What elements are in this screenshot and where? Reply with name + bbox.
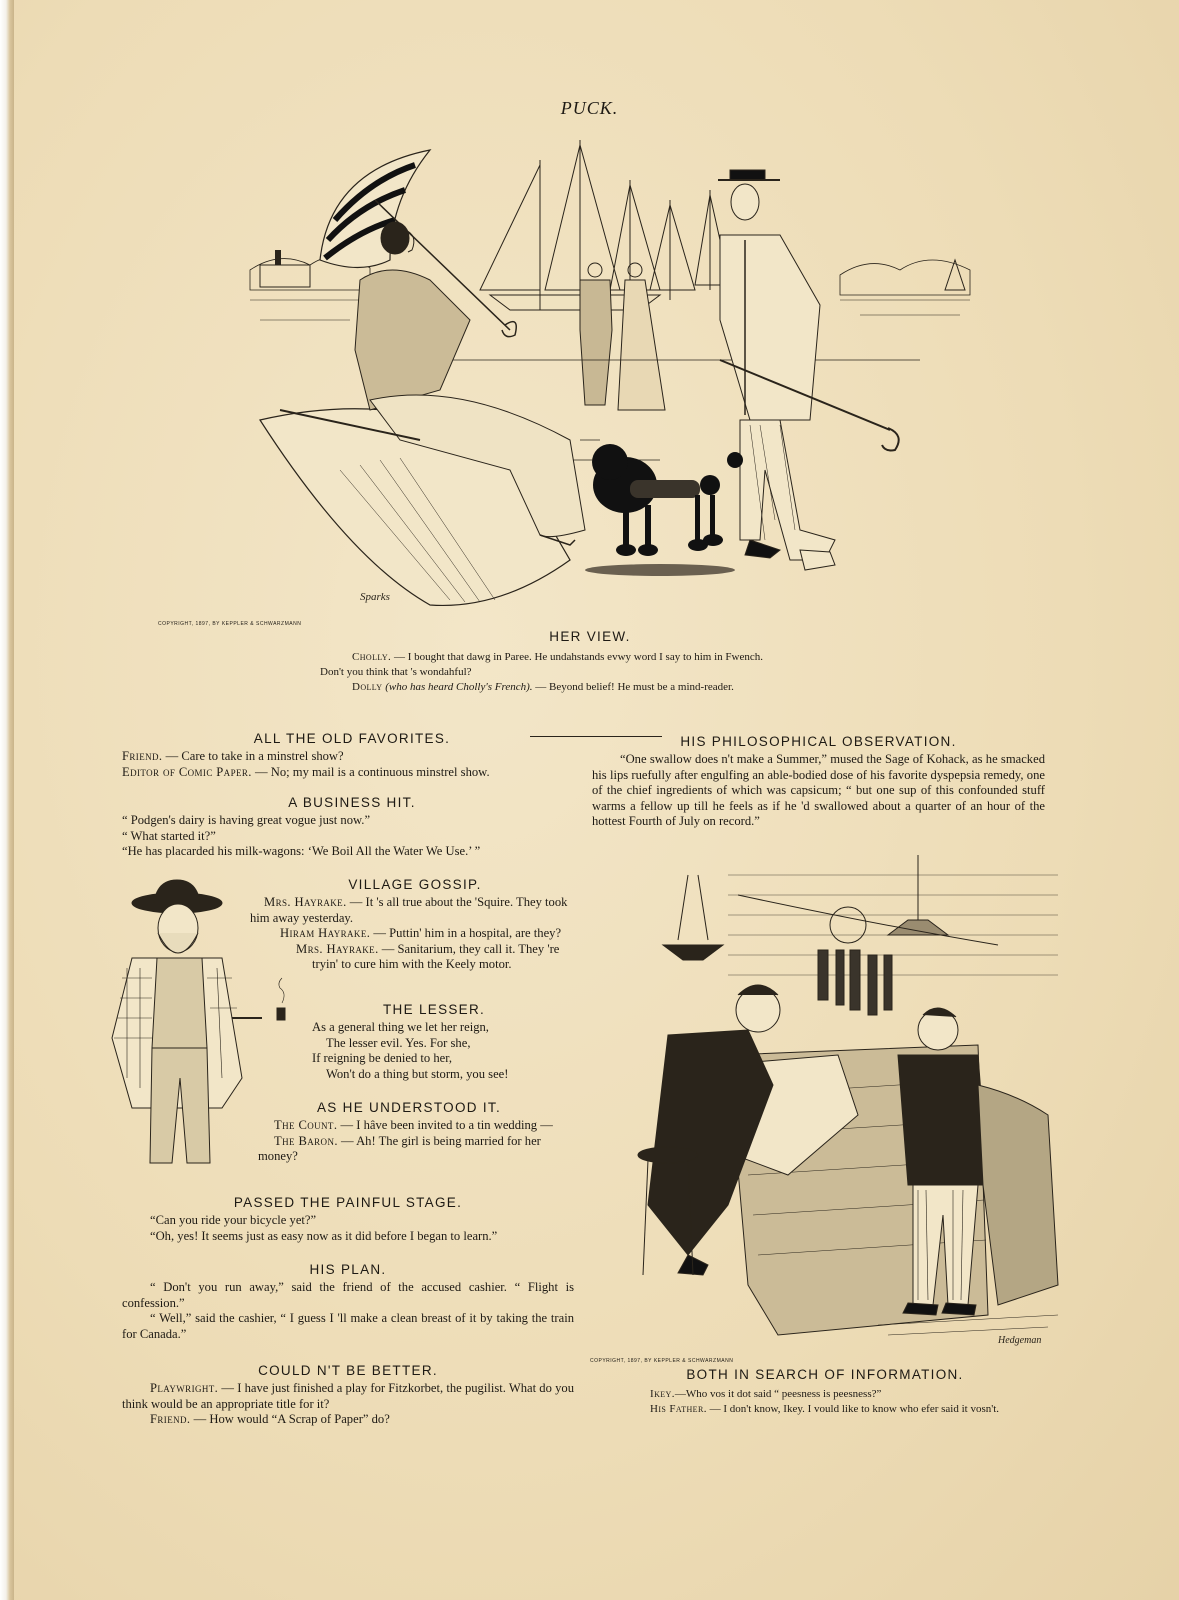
dialogue-line: Friend. — How would “A Scrap of Paper” d…: [122, 1412, 574, 1428]
as-he-understood-it: AS HE UNDERSTOOD IT. The Count. — I hâve…: [258, 1100, 560, 1165]
couldnt-be-better-title: COULD N'T BE BETTER.: [122, 1363, 574, 1378]
dialogue-line: The Baron. — Ah! The girl is being marri…: [258, 1134, 560, 1165]
shop-illustration: Hedgeman: [578, 855, 1073, 1355]
both-in-search-of-information: BOTH IN SEARCH OF INFORMATION. Ikey.—Who…: [625, 1367, 1025, 1417]
dialogue-line: Editor of Comic Paper. — No; my mail is …: [122, 765, 582, 781]
dialogue-line: “He has placarded his milk-wagons: ‘We B…: [122, 844, 582, 860]
caption-line-1: Cholly. — I bought that dawg in Paree. H…: [320, 650, 860, 665]
his-plan-title: HIS PLAN.: [122, 1262, 574, 1277]
all-the-old-favorites: ALL THE OLD FAVORITES. Friend. — Care to…: [122, 731, 582, 780]
dialogue-line: The Count. — I hâve been invited to a ti…: [258, 1118, 560, 1134]
passed-the-painful-stage: PASSED THE PAINFUL STAGE. “Can you ride …: [122, 1195, 574, 1244]
painful-stage-title: PASSED THE PAINFUL STAGE.: [122, 1195, 574, 1210]
dialogue-line: Mrs. Hayrake. — It 's all true about the…: [250, 895, 580, 926]
svg-text:Sparks: Sparks: [360, 591, 390, 603]
dialogue-line: “ Well,” said the cashier, “ I guess I '…: [122, 1311, 574, 1342]
dialogue-line: Ikey.—Who vos it dot said “ peesness is …: [625, 1387, 1025, 1402]
her-view-caption: HER VIEW. Cholly. — I bought that dawg i…: [320, 629, 860, 695]
the-lesser: THE LESSER. As a general thing we let he…: [300, 1002, 580, 1082]
dialogue-line: “ Podgen's dairy is having great vogue j…: [122, 813, 582, 829]
her-view-title: HER VIEW.: [320, 629, 860, 644]
masthead-title: PUCK.: [0, 98, 1179, 119]
a-business-hit: A BUSINESS HIT. “ Podgen's dairy is havi…: [122, 795, 582, 860]
business-hit-title: A BUSINESS HIT.: [122, 795, 582, 810]
svg-text:Hedgeman: Hedgeman: [997, 1335, 1041, 1346]
top-cartoon-copyright: Copyright, 1897, by Keppler & Schwarzman…: [158, 621, 301, 627]
dialogue-line: His Father. — I don't know, Ikey. I voul…: [625, 1402, 1025, 1417]
dialogue-line: “Can you ride your bicycle yet?”: [122, 1213, 574, 1229]
dialogue-line: Mrs. Hayrake. — Sanitarium, they call it…: [250, 942, 580, 973]
his-plan: HIS PLAN. “ Don't you run away,” said th…: [122, 1262, 574, 1342]
verse-line: If reigning be denied to her,: [300, 1051, 580, 1067]
old-favorites-title: ALL THE OLD FAVORITES.: [122, 731, 582, 746]
her-view-illustration: Sparks: [240, 140, 980, 620]
his-philosophical-observation: HIS PHILOSOPHICAL OBSERVATION. “One swal…: [592, 734, 1045, 830]
shop-cartoon-copyright: Copyright, 1897, by Keppler & Schwarzman…: [590, 1358, 733, 1364]
dialogue-line: Hiram Hayrake. — Puttin' him in a hospit…: [266, 926, 580, 942]
verse-line: Won't do a thing but storm, you see!: [300, 1067, 580, 1083]
verse-line: The lesser evil. Yes. For she,: [300, 1036, 580, 1052]
dialogue-line: Friend. — Care to take in a minstrel sho…: [122, 749, 582, 765]
caption-line-3: Dolly (who has heard Cholly's French). —…: [320, 680, 860, 695]
dialogue-line: Playwright. — I have just finished a pla…: [122, 1381, 574, 1412]
dialogue-line: “Oh, yes! It seems just as easy now as i…: [122, 1229, 574, 1245]
search-info-title: BOTH IN SEARCH OF INFORMATION.: [625, 1367, 1025, 1382]
philosophical-title: HIS PHILOSOPHICAL OBSERVATION.: [592, 734, 1045, 749]
caption-line-2: Don't you think that 's wondahful?: [320, 665, 860, 680]
philosophical-body: “One swallow does n't make a Summer,” mu…: [592, 752, 1045, 830]
village-gossip: VILLAGE GOSSIP. Mrs. Hayrake. — It 's al…: [250, 877, 580, 973]
page-binding-edge: [0, 0, 14, 1600]
as-he-understood-title: AS HE UNDERSTOOD IT.: [258, 1100, 560, 1115]
village-gossip-title: VILLAGE GOSSIP.: [250, 877, 580, 892]
dialogue-line: “ Don't you run away,” said the friend o…: [122, 1280, 574, 1311]
could-nt-be-better: COULD N'T BE BETTER. Playwright. — I hav…: [122, 1363, 574, 1428]
the-lesser-title: THE LESSER.: [300, 1002, 580, 1017]
verse-line: As a general thing we let her reign,: [300, 1020, 580, 1036]
dialogue-line: “ What started it?”: [122, 829, 582, 845]
